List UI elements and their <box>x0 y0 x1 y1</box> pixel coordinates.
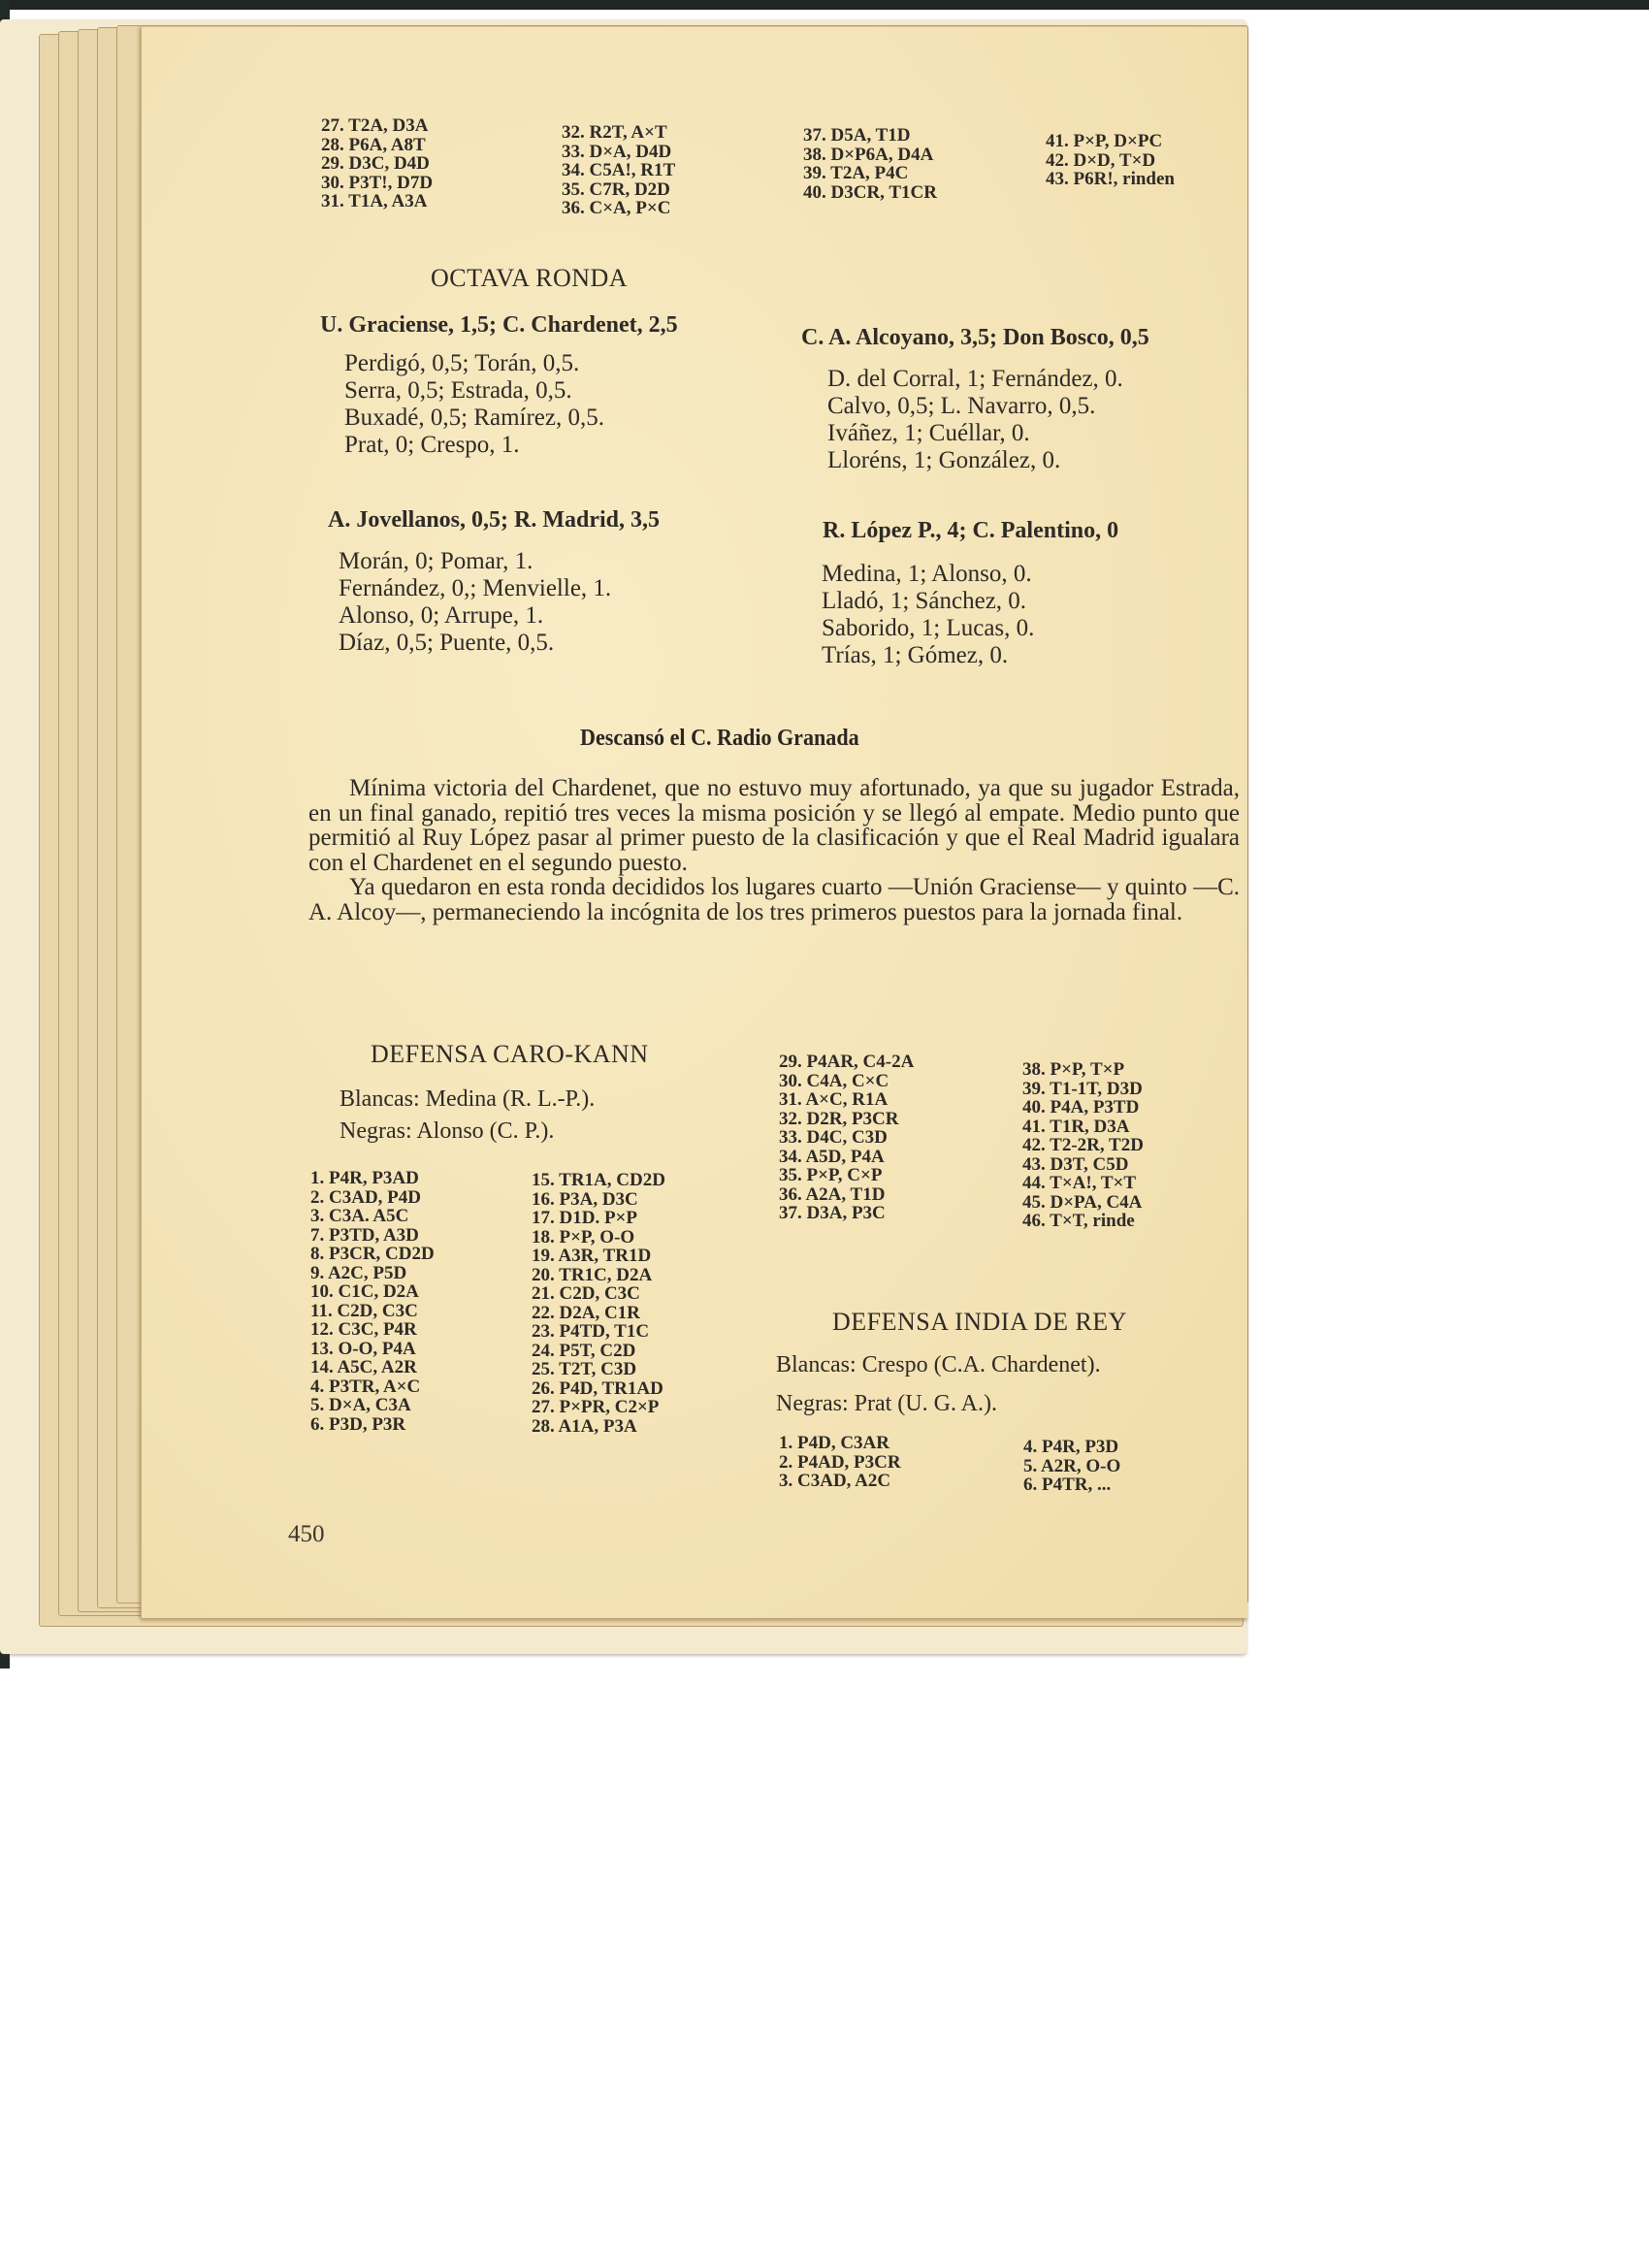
top-moves-col4: 41. P×P, D×PC42. D×D, T×D43. P6R!, rinde… <box>1046 132 1175 189</box>
white-player: Blancas: Crespo (C.A. Chardenet). <box>776 1345 1101 1384</box>
list-line: 40. P4A, P3TD <box>1022 1098 1144 1118</box>
top-moves-col3: 37. D5A, T1D38. D×P6A, D4A39. T2A, P4C40… <box>803 126 937 202</box>
list-line: Prat, 0; Crespo, 1. <box>344 432 604 459</box>
list-line: 1. P4D, C3AR <box>779 1434 901 1453</box>
match-title: A. Jovellanos, 0,5; R. Madrid, 3,5 <box>328 507 660 534</box>
article-paragraph: Ya quedaron en esta ronda decididos los … <box>308 875 1240 924</box>
list-line: 17. D1D. P×P <box>532 1209 665 1228</box>
list-line: 33. D×A, D4D <box>562 143 675 162</box>
game1-moves-col4: 38. P×P, T×P39. T1-1T, D3D40. P4A, P3TD4… <box>1022 1060 1144 1231</box>
list-line: 1. P4R, P3AD <box>310 1169 435 1188</box>
list-line: 16. P3A, D3C <box>532 1190 665 1210</box>
list-line: 26. P4D, TR1AD <box>532 1379 665 1399</box>
list-line: 28. A1A, P3A <box>532 1417 665 1437</box>
list-line: 37. D3A, P3C <box>779 1204 914 1223</box>
list-line: 34. C5A!, R1T <box>562 161 675 180</box>
list-line: Lladó, 1; Sánchez, 0. <box>822 588 1034 615</box>
list-line: Serra, 0,5; Estrada, 0,5. <box>344 377 604 405</box>
list-line: 36. A2A, T1D <box>779 1185 914 1205</box>
list-line: 20. TR1C, D2A <box>532 1266 665 1285</box>
list-line: 34. A5D, P4A <box>779 1148 914 1167</box>
list-line: 14. A5C, A2R <box>310 1358 435 1377</box>
list-line: 46. T×T, rinde <box>1022 1212 1144 1231</box>
list-line: 4. P3TR, A×C <box>310 1377 435 1397</box>
list-line: 8. P3CR, CD2D <box>310 1245 435 1264</box>
list-line: 31. T1A, A3A <box>321 192 433 211</box>
list-line: 37. D5A, T1D <box>803 126 937 146</box>
list-line: 21. C2D, C3C <box>532 1284 665 1304</box>
top-moves-col2: 32. R2T, A×T33. D×A, D4D34. C5A!, R1T35.… <box>562 123 675 218</box>
game1-moves-col3: 29. P4AR, C4-2A30. C4A, C×C31. A×C, R1A3… <box>779 1053 914 1223</box>
game1-title: DEFENSA CARO-KANN <box>371 1040 649 1069</box>
list-line: Calvo, 0,5; L. Navarro, 0,5. <box>827 393 1123 420</box>
list-line: 28. P6A, A8T <box>321 136 433 155</box>
list-line: 39. T2A, P4C <box>803 164 937 183</box>
game2-moves-col2: 4. P4R, P3D5. A2R, O-O6. P4TR, ... <box>1023 1438 1120 1495</box>
list-line: 43. P6R!, rinden <box>1046 170 1175 189</box>
list-line: 33. D4C, C3D <box>779 1128 914 1148</box>
match-title: R. López P., 4; C. Palentino, 0 <box>823 518 1118 544</box>
list-line: 19. A3R, TR1D <box>532 1247 665 1266</box>
list-line: Perdigó, 0,5; Torán, 0,5. <box>344 350 604 377</box>
scan-top-edge <box>0 0 1649 10</box>
list-line: 27. T2A, D3A <box>321 116 433 136</box>
list-line: 30. C4A, C×C <box>779 1072 914 1091</box>
list-line: Díaz, 0,5; Puente, 0,5. <box>339 630 611 657</box>
list-line: 15. TR1A, CD2D <box>532 1171 665 1190</box>
list-line: 27. P×PR, C2×P <box>532 1398 665 1417</box>
list-line: 43. D3T, C5D <box>1022 1155 1144 1175</box>
round-title: OCTAVA RONDA <box>431 264 628 293</box>
list-line: 22. D2A, C1R <box>532 1304 665 1323</box>
list-line: 35. P×P, C×P <box>779 1166 914 1185</box>
match-title: C. A. Alcoyano, 3,5; Don Bosco, 0,5 <box>801 325 1149 351</box>
game2-moves-col1: 1. P4D, C3AR2. P4AD, P3CR3. C3AD, A2C <box>779 1434 901 1491</box>
list-line: Iváñez, 1; Cuéllar, 0. <box>827 420 1123 447</box>
rest-note: Descansó el C. Radio Granada <box>580 726 859 752</box>
list-line: Lloréns, 1; González, 0. <box>827 447 1123 474</box>
list-line: 3. C3A. A5C <box>310 1207 435 1226</box>
commentary-article: Mínima victoria del Chardenet, que no es… <box>308 776 1240 924</box>
list-line: 35. C7R, D2D <box>562 180 675 200</box>
list-line: 5. D×A, C3A <box>310 1396 435 1415</box>
list-line: 23. P4TD, T1C <box>532 1322 665 1342</box>
list-line: 2. C3AD, P4D <box>310 1188 435 1208</box>
list-line: 29. P4AR, C4-2A <box>779 1053 914 1072</box>
list-line: 2. P4AD, P3CR <box>779 1453 901 1473</box>
list-line: 31. A×C, R1A <box>779 1090 914 1110</box>
list-line: 32. D2R, P3CR <box>779 1110 914 1129</box>
list-line: 10. C1C, D2A <box>310 1282 435 1302</box>
game1-moves-col1: 1. P4R, P3AD2. C3AD, P4D3. C3A. A5C7. P3… <box>310 1169 435 1434</box>
list-line: 45. D×PA, C4A <box>1022 1193 1144 1213</box>
list-line: 7. P3TD, A3D <box>310 1226 435 1246</box>
list-line: Trías, 1; Gómez, 0. <box>822 642 1034 669</box>
list-line: 41. T1R, D3A <box>1022 1118 1144 1137</box>
list-line: 5. A2R, O-O <box>1023 1457 1120 1476</box>
black-player: Negras: Alonso (C. P.). <box>339 1116 595 1148</box>
list-line: 32. R2T, A×T <box>562 123 675 143</box>
top-moves-col1: 27. T2A, D3A28. P6A, A8T29. D3C, D4D30. … <box>321 116 433 211</box>
game1-moves-col2: 15. TR1A, CD2D16. P3A, D3C17. D1D. P×P18… <box>532 1171 665 1436</box>
list-line: 40. D3CR, T1CR <box>803 183 937 203</box>
page-number: 450 <box>288 1521 325 1548</box>
list-line: Saborido, 1; Lucas, 0. <box>822 615 1034 642</box>
list-line: 6. P3D, P3R <box>310 1415 435 1435</box>
list-line: 12. C3C, P4R <box>310 1320 435 1340</box>
list-line: 11. C2D, C3C <box>310 1302 435 1321</box>
list-line: 29. D3C, D4D <box>321 154 433 174</box>
list-line: 44. T×A!, T×T <box>1022 1174 1144 1193</box>
list-line: 39. T1-1T, D3D <box>1022 1080 1144 1099</box>
black-player: Negras: Prat (U. G. A.). <box>776 1384 1101 1423</box>
list-line: 13. O-O, P4A <box>310 1340 435 1359</box>
list-line: Medina, 1; Alonso, 0. <box>822 561 1034 588</box>
article-paragraph: Mínima victoria del Chardenet, que no es… <box>308 776 1240 875</box>
match-title: U. Graciense, 1,5; C. Chardenet, 2,5 <box>320 312 678 339</box>
list-line: D. del Corral, 1; Fernández, 0. <box>827 366 1123 393</box>
list-line: 30. P3T!, D7D <box>321 174 433 193</box>
list-line: 3. C3AD, A2C <box>779 1472 901 1491</box>
game2-players: Blancas: Crespo (C.A. Chardenet). Negras… <box>776 1345 1101 1423</box>
list-line: 18. P×P, O-O <box>532 1228 665 1247</box>
list-line: Alonso, 0; Arrupe, 1. <box>339 602 611 630</box>
list-line: 36. C×A, P×C <box>562 199 675 218</box>
match-results: D. del Corral, 1; Fernández, 0.Calvo, 0,… <box>827 366 1123 474</box>
list-line: 41. P×P, D×PC <box>1046 132 1175 151</box>
list-line: Fernández, 0,; Menvielle, 1. <box>339 575 611 602</box>
list-line: 42. T2-2R, T2D <box>1022 1136 1144 1155</box>
list-line: 4. P4R, P3D <box>1023 1438 1120 1457</box>
match-results: Morán, 0; Pomar, 1.Fernández, 0,; Menvie… <box>339 548 611 657</box>
list-line: 38. D×P6A, D4A <box>803 146 937 165</box>
match-results: Perdigó, 0,5; Torán, 0,5.Serra, 0,5; Est… <box>344 350 604 459</box>
game2-title: DEFENSA INDIA DE REY <box>832 1308 1127 1337</box>
list-line: Buxadé, 0,5; Ramírez, 0,5. <box>344 405 604 432</box>
match-results: Medina, 1; Alonso, 0.Lladó, 1; Sánchez, … <box>822 561 1034 669</box>
list-line: 38. P×P, T×P <box>1022 1060 1144 1080</box>
list-line: 25. T2T, C3D <box>532 1360 665 1379</box>
list-line: 42. D×D, T×D <box>1046 151 1175 171</box>
list-line: 6. P4TR, ... <box>1023 1475 1120 1495</box>
white-player: Blancas: Medina (R. L.-P.). <box>339 1084 595 1116</box>
list-line: Morán, 0; Pomar, 1. <box>339 548 611 575</box>
game1-players: Blancas: Medina (R. L.-P.). Negras: Alon… <box>339 1084 595 1148</box>
list-line: 24. P5T, C2D <box>532 1342 665 1361</box>
list-line: 9. A2C, P5D <box>310 1264 435 1283</box>
